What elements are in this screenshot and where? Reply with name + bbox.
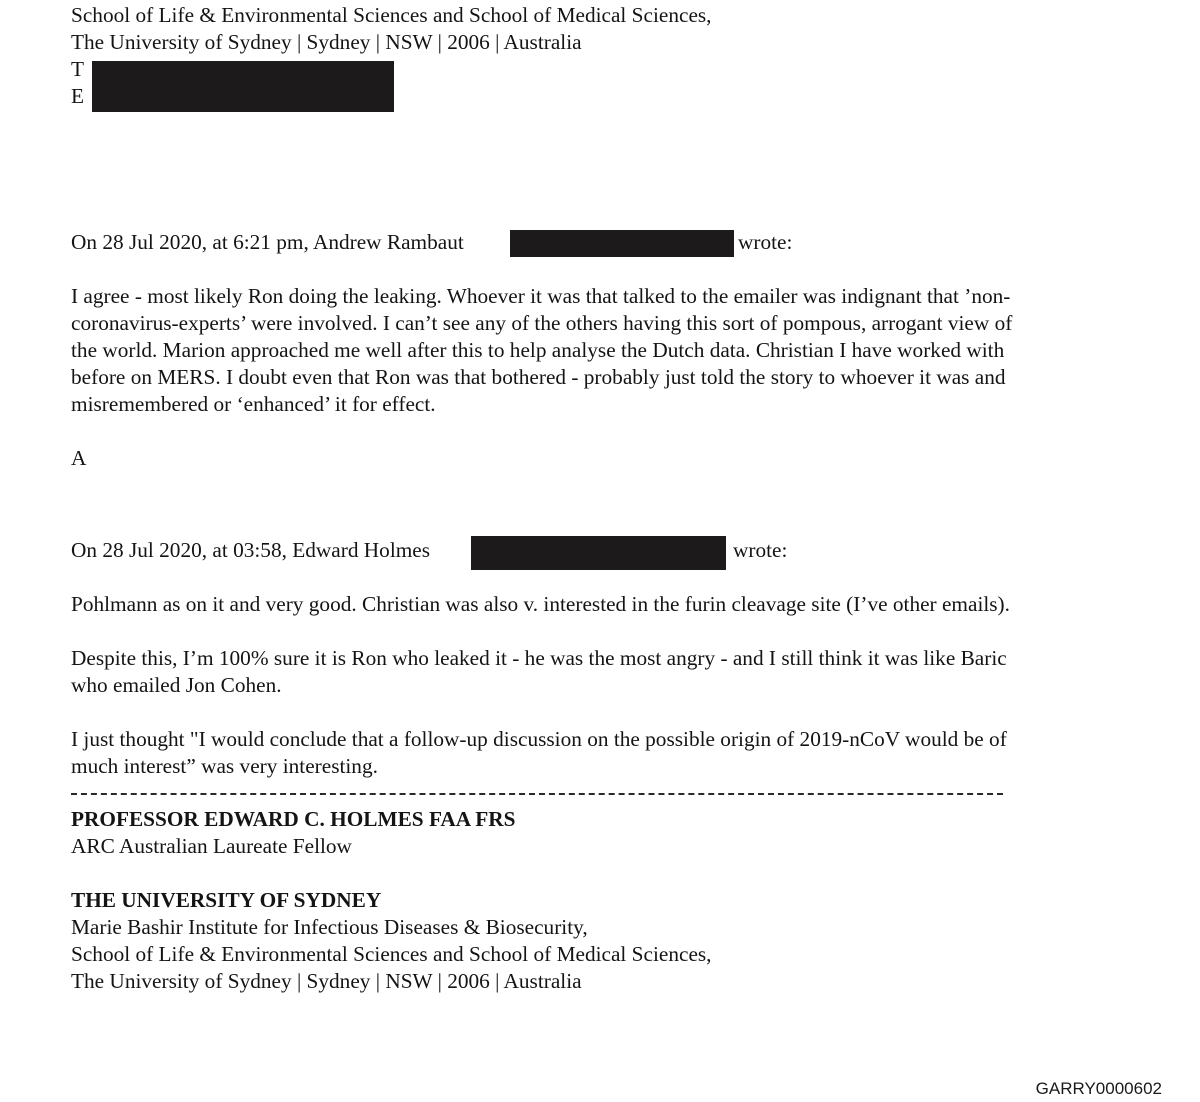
body-line: I agree - most likely Ron doing the leak… xyxy=(71,283,1012,310)
signature-line-schools: School of Life & Environmental Sciences … xyxy=(71,941,712,968)
body-line: much interest” was very interesting. xyxy=(71,753,1007,780)
email-2-header-prefix: On 28 Jul 2020, at 03:58, Edward Holmes xyxy=(71,538,430,562)
body-line: Pohlmann as on it and very good. Christi… xyxy=(71,591,1010,618)
email-1-header-prefix: On 28 Jul 2020, at 6:21 pm, Andrew Ramba… xyxy=(71,230,464,254)
email-2-paragraph-3: I just thought "I would conclude that a … xyxy=(71,726,1007,780)
body-line: Despite this, I’m 100% sure it is Ron wh… xyxy=(71,645,1007,672)
email-1-body: I agree - most likely Ron doing the leak… xyxy=(71,283,1012,418)
bates-number: GARRY0000602 xyxy=(1036,1075,1162,1102)
signature-name: PROFESSOR EDWARD C. HOLMES FAA FRS xyxy=(71,806,712,833)
signature-line-institute: Marie Bashir Institute for Infectious Di… xyxy=(71,914,712,941)
signature-spacer xyxy=(71,860,712,887)
body-line: the world. Marion approached me well aft… xyxy=(71,337,1012,364)
signature-line-address: The University of Sydney | Sydney | NSW … xyxy=(71,29,712,56)
signature-institution: THE UNIVERSITY OF SYDNEY xyxy=(71,887,712,914)
body-line: misremembered or ‘enhanced’ it for effec… xyxy=(71,391,1012,418)
redaction-block-sender-email xyxy=(510,230,734,257)
bottom-signature: PROFESSOR EDWARD C. HOLMES FAA FRS ARC A… xyxy=(71,806,712,995)
email-2-paragraph-1: Pohlmann as on it and very good. Christi… xyxy=(71,591,1010,618)
body-line: who emailed Jon Cohen. xyxy=(71,672,1007,699)
email-label: E xyxy=(71,84,84,108)
email-2-header-suffix: wrote: xyxy=(733,537,787,564)
body-line: coronavirus-experts’ were involved. I ca… xyxy=(71,310,1012,337)
email-1-header: On 28 Jul 2020, at 6:21 pm, Andrew Ramba… xyxy=(71,229,464,256)
signature-line-schools: School of Life & Environmental Sciences … xyxy=(71,2,712,29)
email-1-header-suffix: wrote: xyxy=(738,229,792,256)
email-1-signoff: A xyxy=(71,445,86,472)
signature-title: ARC Australian Laureate Fellow xyxy=(71,833,712,860)
phone-label: T xyxy=(71,57,84,81)
signature-line-address: The University of Sydney | Sydney | NSW … xyxy=(71,968,712,995)
body-line: I just thought "I would conclude that a … xyxy=(71,726,1007,753)
email-2-header: On 28 Jul 2020, at 03:58, Edward Holmes xyxy=(71,537,430,564)
body-line: before on MERS. I doubt even that Ron wa… xyxy=(71,364,1012,391)
email-2-paragraph-2: Despite this, I’m 100% sure it is Ron wh… xyxy=(71,645,1007,699)
redaction-block-contact xyxy=(92,61,394,112)
signature-separator xyxy=(71,793,1003,795)
redaction-block-sender-email xyxy=(471,536,726,570)
